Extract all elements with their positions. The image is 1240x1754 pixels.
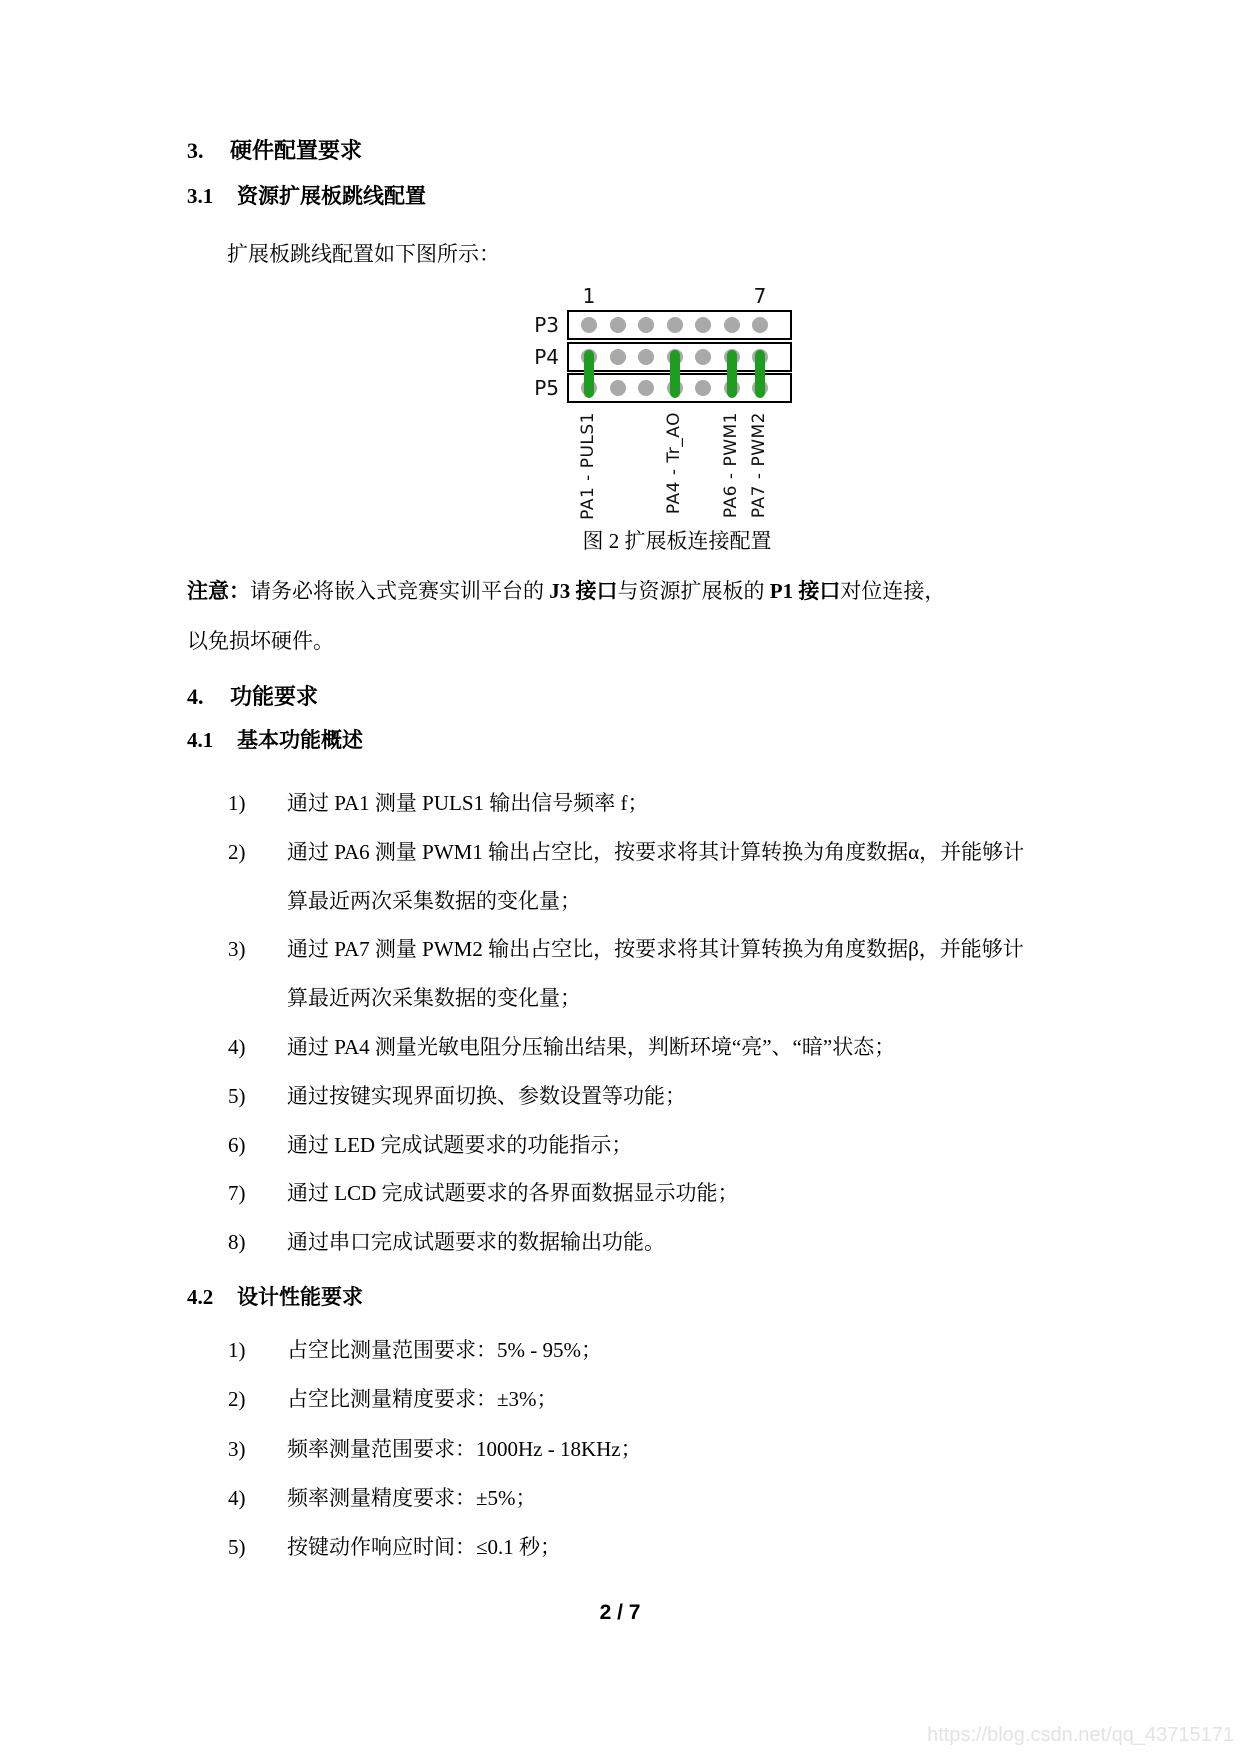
section-3-heading: 3.硬件配置要求 — [187, 136, 1110, 166]
pin-dot — [724, 317, 740, 333]
pin-signal-label: PA6 - PWM1 — [721, 412, 741, 518]
list-item-text: 占空比测量范围要求：5% - 95%； — [287, 1326, 1110, 1375]
section-4-1-title: 基本功能概述 — [237, 728, 363, 752]
list-item: 7)通过 LCD 完成试题要求的各界面数据显示功能； — [187, 1169, 1110, 1218]
pin-dot — [581, 317, 597, 333]
note-bold-text: 注意： — [187, 579, 250, 603]
jumper-shunt — [670, 350, 680, 398]
list-item: 6)通过 LED 完成试题要求的功能指示； — [187, 1121, 1110, 1170]
note-bold-text: P1 接口 — [770, 579, 841, 603]
section-4-2-number: 4.2 — [187, 1283, 237, 1311]
list-item-number: 6) — [228, 1121, 287, 1170]
pin-signal-label: PA7 - PWM2 — [749, 412, 769, 518]
section-3-1-title: 资源扩展板跳线配置 — [237, 184, 426, 208]
section-4-1-number: 4.1 — [187, 726, 237, 754]
list-item-line: 通过 PA6 测量 PWM1 输出占空比，按要求将其计算转换为角度数据α，并能够… — [287, 828, 1110, 877]
list-item-line: 通过 LED 完成试题要求的功能指示； — [287, 1121, 1110, 1170]
document-page: { "page": { "footer": "2 / 7", "watermar… — [0, 0, 1240, 1754]
list-item-line: 通过 PA7 测量 PWM2 输出占空比，按要求将其计算转换为角度数据β，并能够… — [287, 925, 1110, 974]
pin-row-label: P3 — [487, 310, 559, 340]
note-text: 对位连接， — [840, 579, 945, 603]
section-3-title: 硬件配置要求 — [230, 138, 362, 163]
note-line-1: 注意：请务必将嵌入式竞赛实训平台的 J3 接口与资源扩展板的 P1 接口对位连接… — [187, 576, 1110, 626]
section-4-2-heading: 4.2设计性能要求 — [187, 1283, 1110, 1311]
pin-dot — [638, 349, 654, 365]
list-item-text: 占空比测量精度要求：±3%； — [287, 1375, 1110, 1424]
list-item-number: 4) — [228, 1023, 287, 1072]
list-item-number: 7) — [228, 1169, 287, 1218]
section-4-number: 4. — [187, 682, 230, 712]
list-item: 2)通过 PA6 测量 PWM1 输出占空比，按要求将其计算转换为角度数据α，并… — [187, 828, 1110, 926]
list-item-line: 占空比测量精度要求：±3%； — [287, 1375, 1110, 1424]
section-4-1-heading: 4.1基本功能概述 — [187, 726, 1110, 754]
list-item-text: 通过串口完成试题要求的数据输出功能。 — [287, 1218, 1110, 1267]
list-item: 5)通过按键实现界面切换、参数设置等功能； — [187, 1072, 1110, 1121]
section-3-number: 3. — [187, 136, 230, 166]
list-item: 1)通过 PA1 测量 PULS1 输出信号频率 f； — [187, 779, 1110, 828]
pin-dot — [610, 349, 626, 365]
section-3-1-number: 3.1 — [187, 182, 237, 210]
list-item-line: 频率测量范围要求：1000Hz - 18KHz； — [287, 1425, 1110, 1474]
list-item-number: 5) — [228, 1072, 287, 1121]
list-item-number: 8) — [228, 1218, 287, 1267]
pin-dot — [695, 349, 711, 365]
list-item-text: 通过 PA4 测量光敏电阻分压输出结果，判断环境“亮”、“暗”状态； — [287, 1023, 1110, 1072]
page-number: 2 / 7 — [0, 1601, 1240, 1625]
pin-dot — [610, 380, 626, 396]
section-4-heading: 4.功能要求 — [187, 682, 1110, 712]
list-item-text: 频率测量精度要求：±5%； — [287, 1474, 1110, 1523]
pin-signal-label: PA4 - Tr_AO — [664, 412, 684, 514]
list-item-text: 按键动作响应时间：≤0.1 秒； — [287, 1523, 1110, 1572]
note-text: 与资源扩展板的 — [618, 579, 770, 603]
list-item: 3)频率测量范围要求：1000Hz - 18KHz； — [187, 1425, 1110, 1474]
list-item-line: 通过 PA1 测量 PULS1 输出信号频率 f； — [287, 779, 1110, 828]
list-item: 8)通过串口完成试题要求的数据输出功能。 — [187, 1218, 1110, 1267]
list-item-text: 通过按键实现界面切换、参数设置等功能； — [287, 1072, 1110, 1121]
list-item-number: 3) — [228, 1425, 287, 1474]
list-item-text: 通过 PA6 测量 PWM1 输出占空比，按要求将其计算转换为角度数据α，并能够… — [287, 828, 1110, 926]
document-body: 3.硬件配置要求 3.1资源扩展板跳线配置 扩展板跳线配置如下图所示： 17P3… — [0, 0, 1240, 1572]
list-item-number: 2) — [228, 828, 287, 926]
pin-dot — [638, 380, 654, 396]
list-item: 2)占空比测量精度要求：±3%； — [187, 1375, 1110, 1424]
note-bold-text: J3 接口 — [549, 579, 617, 603]
list-item-number: 5) — [228, 1523, 287, 1572]
list-item-line: 通过 PA4 测量光敏电阻分压输出结果，判断环境“亮”、“暗”状态； — [287, 1023, 1110, 1072]
list-item-text: 频率测量范围要求：1000Hz - 18KHz； — [287, 1425, 1110, 1474]
list-item: 4)通过 PA4 测量光敏电阻分压输出结果，判断环境“亮”、“暗”状态； — [187, 1023, 1110, 1072]
list-item-text: 通过 LED 完成试题要求的功能指示； — [287, 1121, 1110, 1170]
jumper-shunt — [727, 350, 737, 398]
section-4-title: 功能要求 — [230, 684, 318, 709]
figure-caption: 图 2 扩展板连接配置 — [467, 525, 887, 555]
list-item-line: 占空比测量范围要求：5% - 95%； — [287, 1326, 1110, 1375]
pin-dot — [752, 317, 768, 333]
list-item-line: 通过按键实现界面切换、参数设置等功能； — [287, 1072, 1110, 1121]
jumper-shunt — [755, 350, 765, 398]
list-item: 4)频率测量精度要求：±5%； — [187, 1474, 1110, 1523]
list-item-line: 算最近两次采集数据的变化量； — [287, 877, 1110, 926]
list-item-text: 通过 LCD 完成试题要求的各界面数据显示功能； — [287, 1169, 1110, 1218]
list-item: 5)按键动作响应时间：≤0.1 秒； — [187, 1523, 1110, 1572]
pin-dot — [695, 380, 711, 396]
list-item-line: 频率测量精度要求：±5%； — [287, 1474, 1110, 1523]
note-text: 请务必将嵌入式竞赛实训平台的 — [250, 579, 549, 603]
pin-row-label: P5 — [487, 373, 559, 403]
list-item-text: 通过 PA1 测量 PULS1 输出信号频率 f； — [287, 779, 1110, 828]
performance-requirements-list: 1)占空比测量范围要求：5% - 95%；2)占空比测量精度要求：±3%；3)频… — [187, 1326, 1110, 1572]
list-item-number: 1) — [228, 1326, 287, 1375]
list-item-line: 通过 LCD 完成试题要求的各界面数据显示功能； — [287, 1169, 1110, 1218]
list-item-number: 2) — [228, 1375, 287, 1424]
note-paragraph: 注意：请务必将嵌入式竞赛实训平台的 J3 接口与资源扩展板的 P1 接口对位连接… — [187, 576, 1110, 676]
list-item-number: 1) — [228, 779, 287, 828]
section-4-2-title: 设计性能要求 — [237, 1285, 363, 1309]
pin-dot — [638, 317, 654, 333]
list-item: 1)占空比测量范围要求：5% - 95%； — [187, 1326, 1110, 1375]
jumper-configuration-figure: 17P3P4P5PA1 - PULS1PA4 - Tr_AOPA6 - PWM1… — [187, 268, 1110, 560]
pin-row-label: P4 — [487, 342, 559, 372]
watermark-url: https://blog.csdn.net/qq_43715171 — [927, 1724, 1234, 1747]
pin-dot — [695, 317, 711, 333]
basic-functions-list: 1)通过 PA1 测量 PULS1 输出信号频率 f；2)通过 PA6 测量 P… — [187, 779, 1110, 1267]
pin-column-number-last: 7 — [749, 284, 771, 308]
section-3-1-heading: 3.1资源扩展板跳线配置 — [187, 182, 1110, 210]
list-item-number: 3) — [228, 925, 287, 1023]
list-item-line: 按键动作响应时间：≤0.1 秒； — [287, 1523, 1110, 1572]
list-item-number: 4) — [228, 1474, 287, 1523]
list-item-line: 算最近两次采集数据的变化量； — [287, 974, 1110, 1023]
pin-dot — [610, 317, 626, 333]
list-item-line: 通过串口完成试题要求的数据输出功能。 — [287, 1218, 1110, 1267]
pin-column-number-first: 1 — [578, 284, 600, 308]
list-item-text: 通过 PA7 测量 PWM2 输出占空比，按要求将其计算转换为角度数据β，并能够… — [287, 925, 1110, 1023]
pin-signal-label: PA1 - PULS1 — [578, 412, 598, 520]
list-item: 3)通过 PA7 测量 PWM2 输出占空比，按要求将其计算转换为角度数据β，并… — [187, 925, 1110, 1023]
figure-intro-text: 扩展板跳线配置如下图所示： — [187, 240, 1110, 268]
note-line-2: 以免损坏硬件。 — [187, 626, 1110, 676]
pin-dot — [667, 317, 683, 333]
jumper-shunt — [584, 350, 594, 398]
